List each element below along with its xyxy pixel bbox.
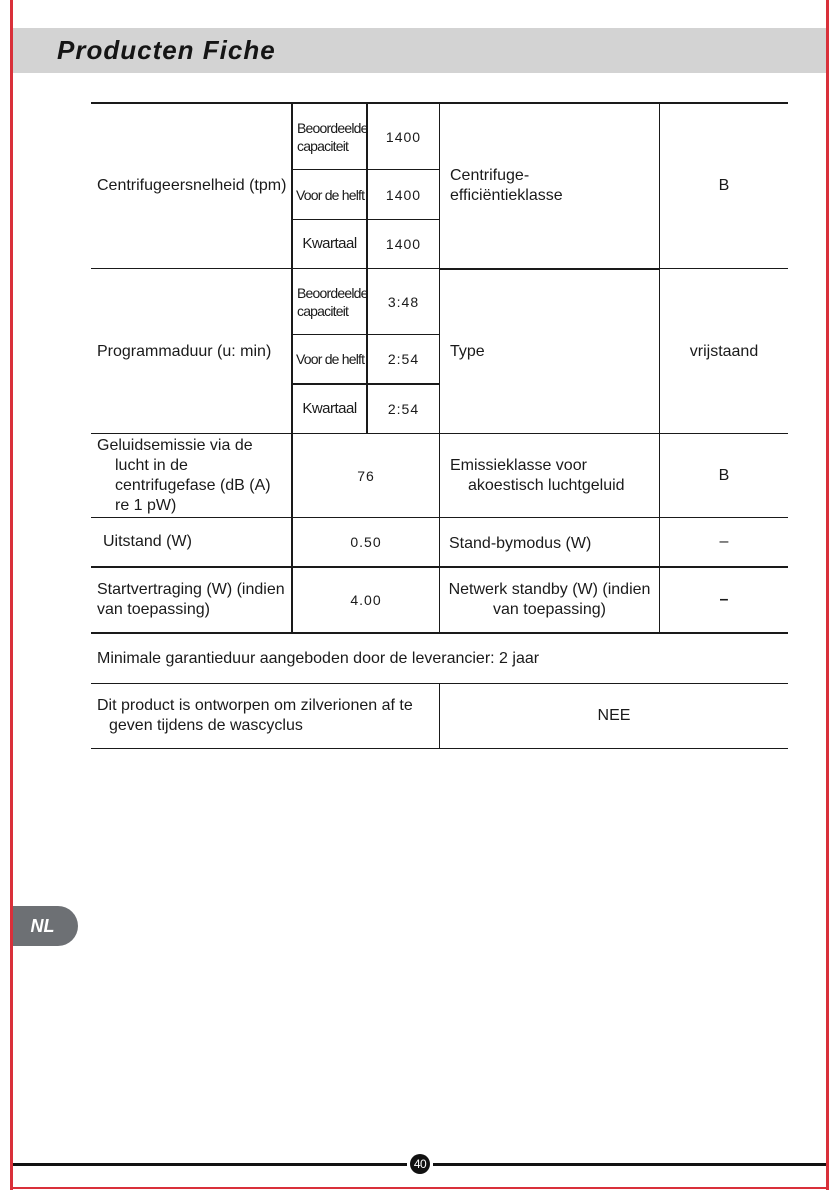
- language-tab: NL: [13, 906, 78, 946]
- noise-emission-value: 76: [293, 434, 439, 517]
- program-duration-label: Programmaduur (u: min): [97, 270, 289, 433]
- duration-quarter-value: 2:54: [368, 385, 439, 433]
- spin-efficiency-class-value: B: [660, 104, 788, 268]
- footer-rule-left: [13, 1163, 407, 1166]
- duration-half-value: 2:54: [368, 335, 439, 383]
- type-value: vrijstaand: [660, 270, 788, 433]
- table-rule: [439, 103, 440, 633]
- network-standby-label: Netwerk standby (W) (indien van toepassi…: [442, 568, 657, 632]
- spin-rated-capacity-label: Beoordeelde capaciteit: [297, 104, 367, 169]
- delay-start-label: Startvertraging (W) (indien van toepassi…: [97, 568, 289, 632]
- off-mode-label: Uitstand (W): [103, 518, 289, 566]
- noise-emission-label: Geluidsemissie via de lucht in de centri…: [97, 434, 287, 517]
- spin-quarter-value: 1400: [368, 220, 439, 268]
- off-mode-value: 0.50: [293, 518, 439, 566]
- duration-half-label: Voor de helft: [296, 335, 368, 383]
- duration-quarter-label: Kwartaal: [293, 385, 366, 433]
- delay-start-value: 4.00: [293, 568, 439, 632]
- noise-emission-label-text: Geluidsemissie via de lucht in de centri…: [97, 436, 287, 516]
- standby-mode-value: –: [660, 518, 788, 566]
- standby-mode-label: Stand-bymodus (W): [449, 518, 655, 570]
- spin-speed-label: Centrifugeersnelheid (tpm): [97, 104, 289, 268]
- noise-class-label: Emissieklasse voor akoestisch luchtgelui…: [450, 434, 655, 517]
- page-title: Producten Fiche: [57, 35, 276, 66]
- spin-half-value: 1400: [368, 170, 439, 219]
- silver-ions-label: Dit product is ontworpen om zilverionen …: [97, 684, 437, 748]
- page-frame-left: [10, 0, 13, 1190]
- warranty-text: Minimale garantieduur aangeboden door de…: [97, 634, 787, 683]
- noise-class-value: B: [660, 434, 788, 517]
- page-number: 40: [410, 1154, 430, 1174]
- spin-rated-capacity-value: 1400: [368, 104, 439, 169]
- noise-class-label-text: Emissieklasse voor akoestisch luchtgelui…: [450, 456, 655, 496]
- spin-half-label: Voor de helft: [296, 170, 368, 219]
- spin-efficiency-class-label: Centrifuge- efficiëntieklasse: [450, 104, 655, 268]
- table-rule: [291, 103, 293, 433]
- footer-rule-right: [433, 1163, 826, 1166]
- silver-ions-value: NEE: [440, 684, 788, 748]
- network-standby-value: –: [660, 568, 788, 632]
- type-label: Type: [450, 270, 655, 433]
- spin-quarter-label: Kwartaal: [293, 220, 366, 268]
- duration-rated-capacity-label: Beoordeelde capaciteit: [297, 270, 367, 334]
- page-frame-bottom: [10, 1187, 829, 1189]
- silver-ions-label-text: Dit product is ontworpen om zilverionen …: [97, 696, 434, 736]
- duration-rated-capacity-value: 3:48: [368, 270, 439, 334]
- page-frame-right: [826, 0, 829, 1190]
